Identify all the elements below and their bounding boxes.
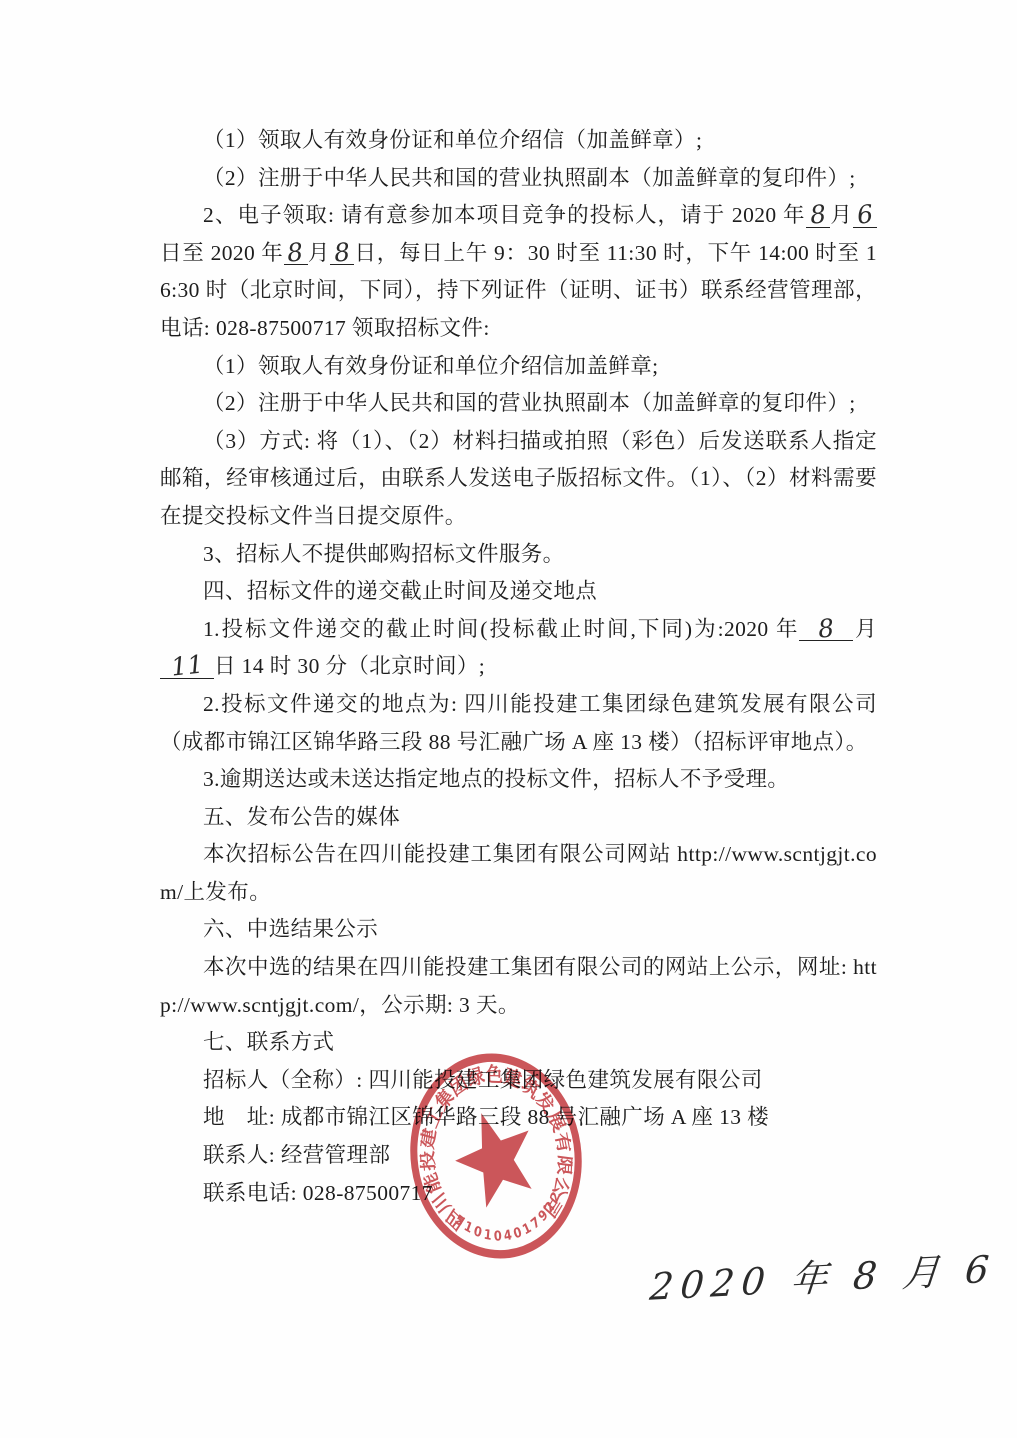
star-icon: [449, 1107, 538, 1211]
clause-deadline: 1.投标文件递交的截止时间(投标截止时间,下同)为:2020 年8月11日 14…: [160, 611, 877, 686]
clause-no-mail: 3、招标人不提供邮购招标文件服务。: [160, 536, 877, 574]
clause-media: 本次招标公告在四川能投建工集团有限公司网站 http://www.scntjgj…: [160, 836, 877, 911]
heading-section-5: 五、发布公告的媒体: [160, 799, 877, 837]
clause-e-method: （3）方式: 将（1）、（2）材料扫描或拍照（彩色）后发送联系人指定邮箱，经审核…: [160, 423, 877, 536]
company-seal-stamp: 四川能投建工集团绿色建筑发展有限公司 5101040179224: [394, 1039, 598, 1273]
heading-section-4: 四、招标文件的递交截止时间及递交地点: [160, 573, 877, 611]
handwritten-fill: 8: [284, 239, 308, 266]
clause-e-license: （2）注册于中华人民共和国的营业执照副本（加盖鲜章的复印件）;: [160, 385, 877, 423]
seal-graphic: 四川能投建工集团绿色建筑发展有限公司 5101040179224: [394, 1039, 598, 1273]
scanned-tender-notice-page: （1）领取人有效身份证和单位介绍信（加盖鲜章）;（2）注册于中华人民共和国的营业…: [0, 0, 1017, 1438]
handwritten-fill: 6: [853, 201, 877, 228]
clause-location: 2.投标文件递交的地点为: 四川能投建工集团绿色建筑发展有限公司（成都市锦江区锦…: [160, 686, 877, 761]
handwritten-fill: 8: [799, 615, 853, 642]
clause-result: 本次中选的结果在四川能投建工集团有限公司的网站上公示，网址: http://ww…: [160, 949, 877, 1024]
clause-pickup-id: （1）领取人有效身份证和单位介绍信（加盖鲜章）;: [160, 122, 877, 160]
clause-late: 3.逾期送达或未送达指定地点的投标文件，招标人不予受理。: [160, 761, 877, 799]
handwritten-fill: 11: [160, 652, 214, 679]
handwritten-fill: 8: [330, 239, 354, 266]
clause-e-id: （1）领取人有效身份证和单位介绍信加盖鲜章;: [160, 348, 877, 386]
heading-section-6: 六、中选结果公示: [160, 911, 877, 949]
handwritten-signature-date: 2020 年 8 月 6 日: [648, 1235, 1017, 1311]
handwritten-fill: 8: [806, 201, 830, 228]
clause-pickup-license: （2）注册于中华人民共和国的营业执照副本（加盖鲜章的复印件）;: [160, 160, 877, 198]
clause-electronic-pickup: 2、电子领取: 请有意参加本项目竞争的投标人，请于 2020 年8月6日至 20…: [160, 197, 877, 347]
